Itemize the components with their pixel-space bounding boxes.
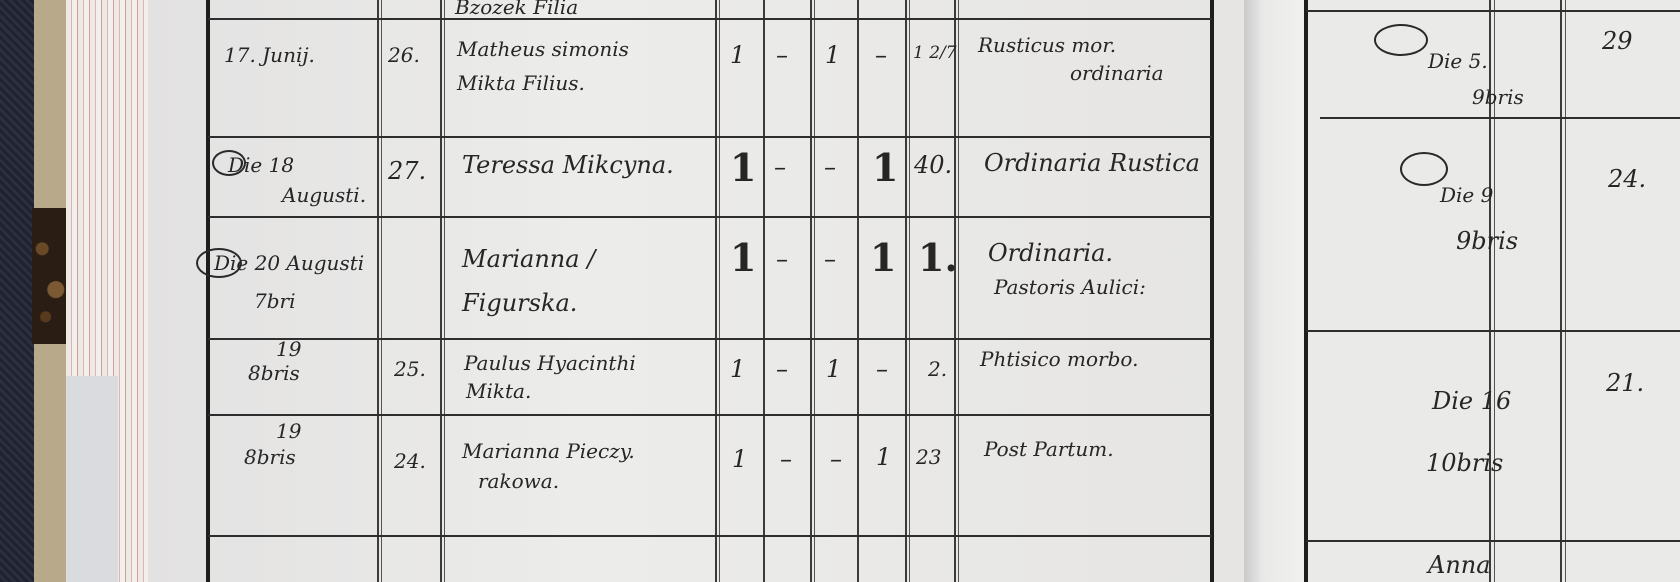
column-rule-date [377, 0, 379, 582]
column-rule-c [857, 0, 859, 582]
right-column-rule-house [1560, 0, 1562, 582]
entry-col-c: 1 [825, 42, 840, 70]
entry-cause: Rusticus mor. [978, 34, 1116, 57]
entry-cause-cont: ordinaria [1070, 62, 1164, 85]
entry-name-cont: Mikta. [466, 380, 531, 403]
paper-repair-patch [66, 376, 118, 582]
entry-cause: Ordinaria Rustica [984, 150, 1200, 178]
entry-date-month: 9bris [1456, 228, 1518, 256]
row-rule [208, 216, 1212, 218]
entry-name: Marianna / [462, 246, 595, 274]
entry-date: 19 [276, 420, 301, 443]
column-rule-name [715, 0, 717, 582]
entry-col-a: 1 [730, 42, 745, 70]
entry-date: 19 [276, 338, 301, 361]
entry-date-month: 9bris [1472, 86, 1524, 109]
entry-col-d: – [876, 356, 888, 384]
entry-col-d: – [875, 42, 887, 70]
column-rule-date-double [381, 0, 382, 582]
row-rule [208, 414, 1212, 416]
column-rule-d-double [909, 0, 910, 582]
entry-col-b: – [776, 246, 788, 274]
book-cloth-background [0, 0, 34, 582]
entry-age: 1. [918, 236, 958, 280]
book-gutter [1244, 0, 1306, 582]
right-row-rule [1306, 10, 1680, 12]
row-rule [208, 535, 1212, 537]
entry-name-cont: Figurska. [462, 290, 577, 318]
entry-col-c: – [824, 154, 836, 182]
entry-col-a: 1 [730, 356, 745, 384]
entry-col-b: – [774, 154, 786, 182]
entry-col-c: – [824, 246, 836, 274]
entry-date-month: Augusti. [282, 184, 366, 207]
row-rule [208, 18, 1212, 20]
column-rule-b [810, 0, 812, 582]
column-rule-name-double [719, 0, 720, 582]
entry-house-number: 27. [388, 158, 426, 186]
entry-age: 40. [914, 152, 952, 180]
initial-flourish [1400, 152, 1448, 186]
row-rule [208, 136, 1212, 138]
entry-date: Die 5. [1428, 50, 1488, 73]
entry-date: Anna [1428, 552, 1491, 580]
entry-date-month: 8bris [244, 446, 296, 469]
entry-name-cont: Mikta Filius. [457, 72, 585, 95]
entry-age: 1 2/7 [913, 44, 957, 64]
entry-date-month: 10bris [1426, 450, 1503, 478]
right-row-rule [1320, 117, 1680, 119]
entry-name: Paulus Hyacinthi [464, 352, 636, 375]
entry-age: 23 [916, 446, 941, 469]
entry-house-number: 21. [1606, 370, 1644, 398]
entry-col-c: – [830, 446, 842, 474]
entry-cause: Post Partum. [984, 438, 1114, 461]
table-border-right [1210, 0, 1214, 582]
column-rule-b-double [814, 0, 815, 582]
entry-date: Die 16 [1432, 388, 1511, 416]
column-rule-house-double [444, 0, 445, 582]
entry-col-b: – [780, 446, 792, 474]
entry-col-a: 1 [730, 236, 756, 280]
initial-flourish [1374, 24, 1428, 56]
entry-name: Teressa Mikcyna. [462, 152, 674, 180]
entry-cause: Phtisico morbo. [980, 348, 1138, 371]
entry-date-month: 7bri [254, 290, 295, 313]
entry-date: Die 20 Augusti [214, 252, 364, 275]
column-rule-d [905, 0, 907, 582]
column-rule-house [440, 0, 442, 582]
entry-age: 2. [928, 358, 947, 381]
entry-col-c: 1 [826, 356, 841, 384]
right-row-rule [1306, 330, 1680, 332]
column-rule-age-double [958, 0, 959, 582]
right-column-rule-house-double [1565, 0, 1566, 582]
entry-house-number: 26. [388, 44, 420, 67]
right-row-rule [1306, 540, 1680, 542]
right-table-border-left [1304, 0, 1308, 582]
entry-date: Die 9 [1440, 184, 1493, 207]
entry-house-number: 25. [394, 358, 426, 381]
entry-date: Die 18 [228, 154, 294, 177]
table-border-left [206, 0, 210, 582]
entry-col-b: – [776, 42, 788, 70]
entry-cause: Ordinaria. [988, 240, 1113, 268]
marbled-cover-patch [32, 208, 66, 344]
entry-house-number: 24. [394, 450, 426, 473]
entry-name-cont: rakowa. [478, 470, 559, 493]
entry-col-b: – [776, 356, 788, 384]
entry-house-number: 29 [1602, 28, 1633, 56]
entry-col-a: 1 [732, 446, 747, 474]
entry-cause-cont: Pastoris Aulici: [994, 276, 1146, 299]
entry-name: Marianna Pieczy. [462, 440, 635, 463]
entry-col-a: 1 [730, 146, 756, 190]
entry-col-d: 1 [872, 146, 898, 190]
entry-date: 17. Junij. [224, 44, 315, 67]
entry-date-month: 8bris [248, 362, 300, 385]
column-rule-age [954, 0, 956, 582]
entry-col-d: 1 [876, 444, 891, 472]
column-rule-a [763, 0, 765, 582]
partial-name-text: Bzozek Filia [455, 0, 578, 19]
entry-house-number: 24. [1608, 166, 1646, 194]
entry-name: Matheus simonis [457, 38, 629, 61]
entry-col-d: 1 [870, 236, 896, 280]
row-rule [208, 338, 1212, 340]
